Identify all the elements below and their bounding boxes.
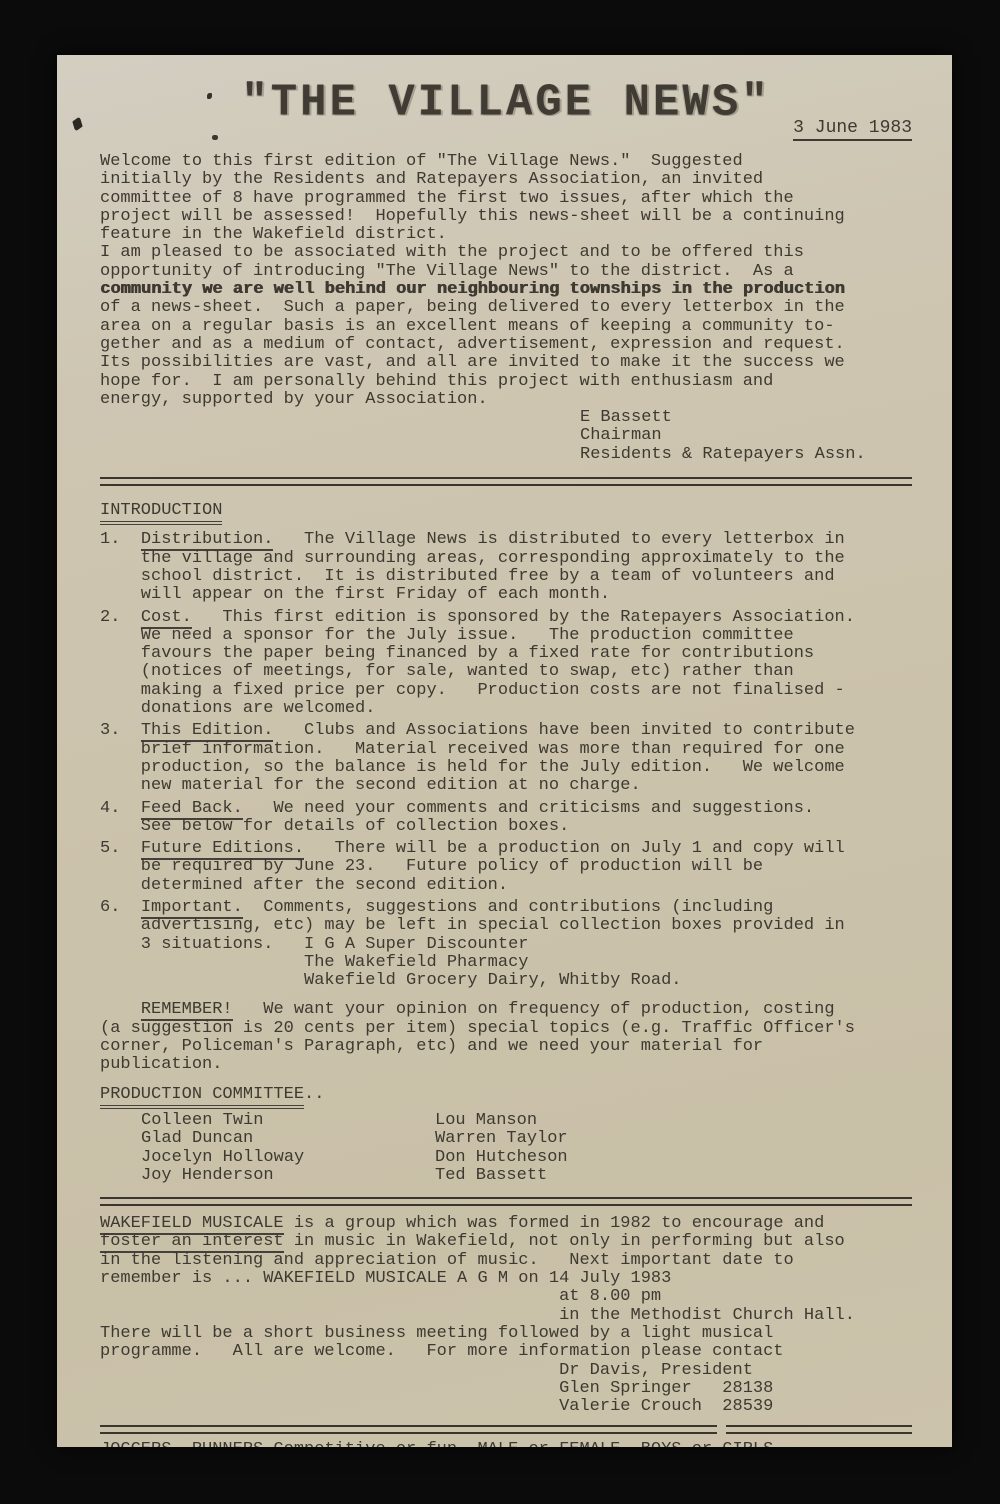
- section-divider: [100, 1197, 912, 1206]
- remember-note: REMEMBER! We want your opinion on freque…: [100, 1001, 912, 1074]
- musicale-section: WAKEFIELD MUSICALE is a group which was …: [100, 1215, 912, 1416]
- introduction-heading-text: INTRODUCTION: [100, 501, 222, 525]
- item-number: 3.: [100, 721, 141, 740]
- intro-item-feed-back: 4. Feed Back. We need your comments and …: [100, 800, 912, 837]
- heading-dots: ..: [304, 1085, 324, 1104]
- production-committee-heading: PRODUCTION COMMITTEE..: [100, 1086, 912, 1104]
- remember-indent: [100, 1000, 141, 1019]
- masthead: "THE VILLAGE NEWS" 3 June 1983: [100, 79, 912, 141]
- newsletter-page: "THE VILLAGE NEWS" 3 June 1983 Welcome t…: [57, 55, 952, 1447]
- section-divider: [100, 1425, 912, 1434]
- item-text: This first edition is sponsored by the R…: [100, 608, 855, 718]
- section-divider: [100, 477, 912, 486]
- signature-block: E Bassett Chairman Residents & Ratepayer…: [580, 409, 912, 464]
- item-number: 6.: [100, 898, 141, 917]
- item-number: 4.: [100, 799, 141, 818]
- intro-item-important: 6. Important. Comments, suggestions and …: [100, 899, 912, 990]
- committee-right-column: Lou Manson Warren Taylor Don Hutcheson T…: [435, 1112, 568, 1185]
- intro-item-cost: 2. Cost. This first edition is sponsored…: [100, 609, 912, 719]
- divider-segment: [726, 1425, 912, 1434]
- joggers-section: JOGGERS, RUNNERS Competitive or fun, MAL…: [100, 1441, 912, 1447]
- intro-item-this-edition: 3. This Edition. Clubs and Associations …: [100, 722, 912, 795]
- chairman-paragraph: I am pleased to be associated with the p…: [100, 244, 912, 409]
- intro-item-distribution: 1. Distribution. The Village News is dis…: [100, 531, 912, 604]
- committee-name-list: Colleen Twin Glad Duncan Jocelyn Hollowa…: [141, 1112, 912, 1185]
- production-committee-heading-text: PRODUCTION COMMITTEE: [100, 1085, 304, 1109]
- committee-left-column: Colleen Twin Glad Duncan Jocelyn Hollowa…: [141, 1112, 435, 1185]
- item-number: 1.: [100, 530, 141, 549]
- ink-mark: [72, 116, 82, 131]
- joggers-title: JOGGERS, RUNNERS: [100, 1440, 263, 1447]
- intro-item-future-editions: 5. Future Editions. There will be a prod…: [100, 840, 912, 895]
- introduction-heading: INTRODUCTION: [100, 502, 912, 520]
- musicale-text: is a group which was formed in 1982 to e…: [284, 1214, 825, 1233]
- issue-date: 3 June 1983: [793, 118, 912, 141]
- welcome-paragraph: Welcome to this first edition of "The Vi…: [100, 153, 912, 244]
- item-number: 5.: [100, 839, 141, 858]
- chairman-text: of a news-sheet. Such a paper, being del…: [100, 298, 845, 408]
- musicale-text: in music in Wakefield, not only in perfo…: [100, 1232, 855, 1416]
- chairman-bold-text: community we are well behind our neighbo…: [100, 280, 845, 299]
- divider-segment: [100, 1425, 717, 1434]
- page-title: "THE VILLAGE NEWS": [100, 78, 912, 128]
- item-number: 2.: [100, 608, 141, 627]
- chairman-text: I am pleased to be associated with the p…: [100, 243, 804, 280]
